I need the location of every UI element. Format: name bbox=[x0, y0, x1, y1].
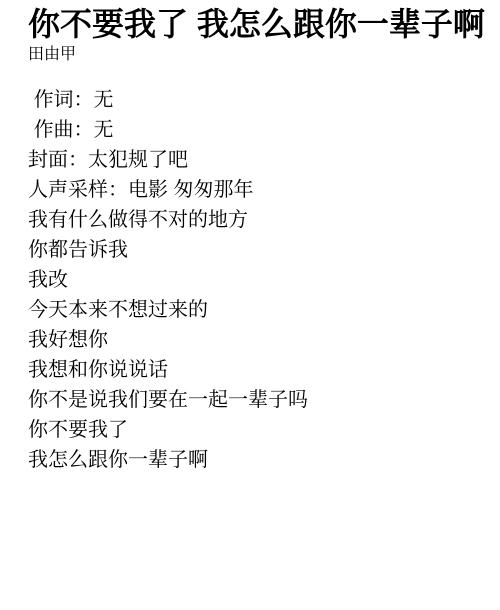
lyrics-page: 你不要我了 我怎么跟你一辈子啊 田由甲 作词：无 作曲：无 封面：太犯规了吧 人… bbox=[0, 0, 500, 610]
lyric-line-credit-composer: 作曲：无 bbox=[28, 115, 490, 145]
lyric-line: 你不是说我们要在一起一辈子吗 bbox=[28, 385, 490, 415]
artist-name: 田由甲 bbox=[28, 45, 490, 65]
lyric-line: 你都告诉我 bbox=[28, 235, 490, 265]
lyric-line-credit-lyricist: 作词：无 bbox=[28, 85, 490, 115]
lyrics-block: 作词：无 作曲：无 封面：太犯规了吧 人声采样：电影 匆匆那年 我有什么做得不对… bbox=[28, 85, 490, 475]
lyric-line: 我怎么跟你一辈子啊 bbox=[28, 445, 490, 475]
lyric-line: 我想和你说说话 bbox=[28, 355, 490, 385]
lyric-line: 今天本来不想过来的 bbox=[28, 295, 490, 325]
song-title: 你不要我了 我怎么跟你一辈子啊 bbox=[28, 5, 490, 43]
lyric-line: 我改 bbox=[28, 265, 490, 295]
lyric-line: 我有什么做得不对的地方 bbox=[28, 205, 490, 235]
lyric-line: 你不要我了 bbox=[28, 415, 490, 445]
lyric-line: 我好想你 bbox=[28, 325, 490, 355]
lyric-line-credit-vocal-sample: 人声采样：电影 匆匆那年 bbox=[28, 175, 490, 205]
lyric-line-credit-cover: 封面：太犯规了吧 bbox=[28, 145, 490, 175]
